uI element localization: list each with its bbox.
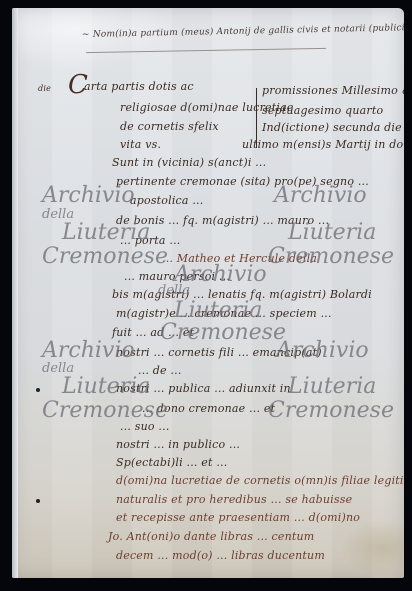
body-line: nostri ... publica ... adiunxit in bbox=[116, 382, 291, 395]
body-line: nostri ... in publico ... bbox=[116, 438, 240, 451]
header-line: ~ Nom(in)a partium (meus) Antonij de gal… bbox=[82, 22, 404, 40]
body-line: m(agistr)e ... cremonae ... speciem ... bbox=[116, 307, 332, 320]
body-line: ... de ... bbox=[138, 364, 182, 377]
body-line: ... suo ... bbox=[120, 420, 170, 433]
body-line: et recepisse ante praesentiam ... d(omi)… bbox=[116, 511, 360, 524]
left-column-line: arta partis dotis ac bbox=[84, 80, 194, 93]
body-line: Sunt in (vicinia) s(anct)i ... bbox=[112, 156, 266, 169]
left-column-line: vita vs. bbox=[120, 138, 161, 151]
body-line: bis m(agistri) ... lenatis fq. m(agistri… bbox=[112, 288, 372, 301]
manuscript-page: ~ Nom(in)a partium (meus) Antonij de gal… bbox=[12, 8, 404, 578]
body-line: ... dono cremonae ... et bbox=[142, 402, 275, 415]
right-column-line: septuagesimo quarto bbox=[262, 104, 383, 117]
body-line: apostolica ... bbox=[130, 194, 203, 207]
body-line: ... Matheo et Hercule della bbox=[162, 252, 317, 265]
right-column-line: promissiones Millesimo quingentesimo bbox=[262, 84, 404, 97]
header-underline bbox=[86, 48, 326, 53]
body-line: ... porta ... bbox=[120, 234, 180, 247]
body-line: fuit ... ad ... et bbox=[112, 326, 194, 339]
handwriting-layer: ~ Nom(in)a partium (meus) Antonij de gal… bbox=[12, 8, 404, 578]
body-line: decem ... mod(o) ... libras ducentum bbox=[116, 549, 325, 562]
body-line: d(omi)na lucretiae de cornetis o(mn)is f… bbox=[116, 474, 404, 487]
body-line: Sp(ectabi)li ... et ... bbox=[116, 456, 227, 469]
right-column-line: ultimo m(ensi)s Martij in domo bbox=[242, 138, 404, 151]
margin-note: die bbox=[38, 84, 51, 93]
body-line: naturalis et pro heredibus ... se habuis… bbox=[116, 493, 352, 506]
body-line: de bonis ... fq. m(agistri) ... mauro ..… bbox=[116, 214, 329, 227]
body-line: Jo. Ant(oni)o dante libras ... centum bbox=[108, 530, 314, 543]
binding-hole bbox=[36, 388, 40, 392]
binding-hole bbox=[36, 499, 40, 503]
body-line: nostri ... cornetis fili ... emancip(at) bbox=[116, 346, 322, 359]
right-column-line: Ind(ictione) secunda die [iovi] bbox=[262, 121, 404, 134]
body-line: ... mauro persoi ... bbox=[124, 270, 230, 283]
left-column-line: de cornetis sfelix bbox=[120, 120, 219, 133]
body-line: pertinente cremonae (sita) pro(pe) segno… bbox=[116, 175, 369, 188]
